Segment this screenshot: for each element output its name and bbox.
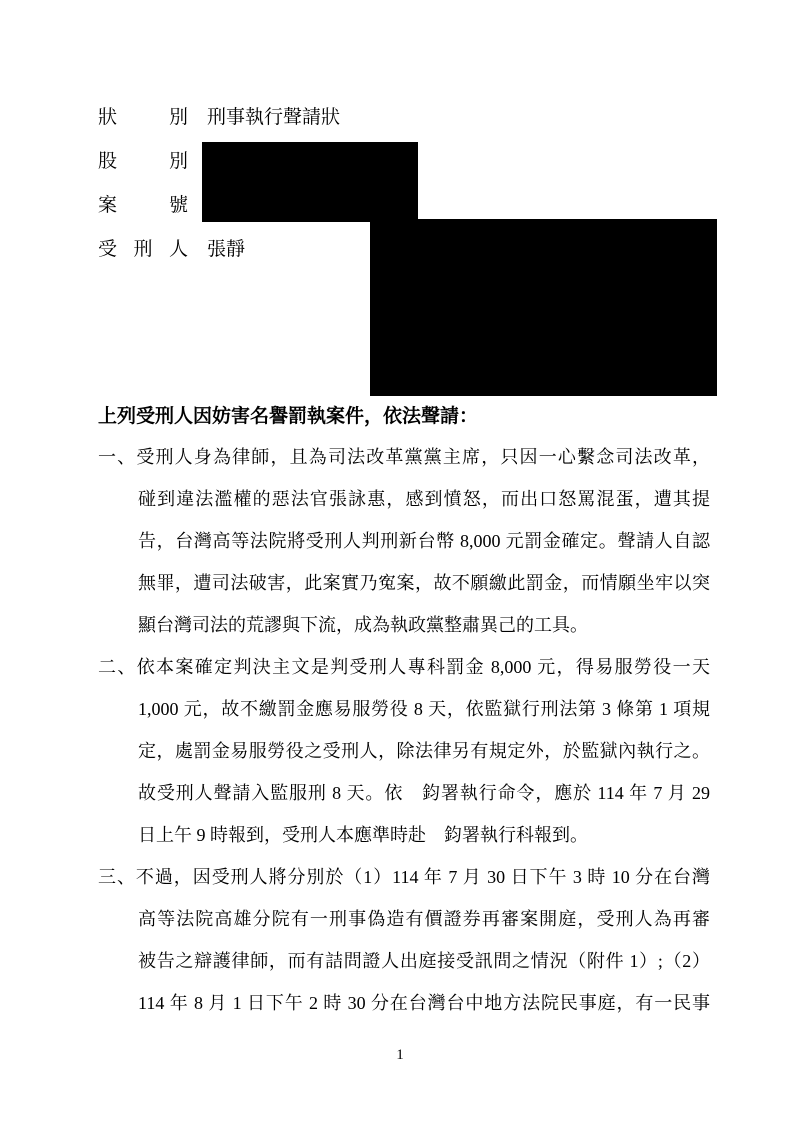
body-line: 故受刑人聲請入監服刑 8 天。依 鈞署執行命令，應於 114 年 7 月 29 bbox=[98, 772, 710, 814]
body-line: 日上午 9 時報到，受刑人本應準時赴 鈞署執行科報到。 bbox=[98, 814, 710, 856]
body-line: 告，台灣高等法院將受刑人判刑新台幣 8,000 元罰金確定。聲請人自認 bbox=[98, 520, 710, 562]
body-line: 一、受刑人身為律師，且為司法改革黨黨主席，只因一心繫念司法改革， bbox=[98, 436, 710, 478]
body-line: 顯台灣司法的荒謬與下流，成為執政黨整肅異己的工具。 bbox=[98, 604, 710, 646]
body-line: 高等法院高雄分院有一刑事偽造有價證券再審案開庭，受刑人為再審 bbox=[98, 898, 710, 940]
field-value-convict-name: 張靜 bbox=[207, 228, 245, 272]
field-label-document-type: 狀別 bbox=[98, 96, 188, 140]
body-line-text: 依本案確定判決主文是判受刑人專科罰金 8,000 元，得易服勞役一天 bbox=[137, 657, 710, 677]
body-line: 定，處罰金易服勞役之受刑人，除法律另有規定外，於監獄內執行之。 bbox=[98, 730, 710, 772]
body-line: 碰到違法濫權的惡法官張詠惠，感到憤怒，而出口怒罵混蛋，遭其提 bbox=[98, 478, 710, 520]
body-line-text: 不過，因受刑人將分別於（1）114 年 7 月 30 日下午 3 時 10 分在… bbox=[136, 867, 710, 887]
body-line-text: 受刑人身為律師，且為司法改革黨黨主席，只因一心繫念司法改革， bbox=[136, 447, 710, 467]
body-line: 1,000 元，故不繳罰金應易服勞役 8 天，依監獄行刑法第 3 條第 1 項規 bbox=[98, 688, 710, 730]
paragraph-3-number: 三、 bbox=[98, 867, 136, 887]
field-label-convict: 受刑人 bbox=[98, 228, 188, 272]
paragraph-2-number: 二、 bbox=[98, 657, 137, 677]
body-line: 二、依本案確定判決主文是判受刑人專科罰金 8,000 元，得易服勞役一天 bbox=[98, 646, 710, 688]
header-row-document-type: 狀別 刑事執行聲請狀 bbox=[98, 96, 710, 140]
body-line: 114 年 8 月 1 日下午 2 時 30 分在台灣台中地方法院民事庭，有一民… bbox=[98, 982, 710, 1024]
redaction-box-convict-details bbox=[370, 219, 717, 396]
field-label-case-number: 案號 bbox=[98, 184, 188, 228]
paragraph-3: 三、不過，因受刑人將分別於（1）114 年 7 月 30 日下午 3 時 10 … bbox=[98, 856, 710, 1024]
paragraph-1: 一、受刑人身為律師，且為司法改革黨黨主席，只因一心繫念司法改革， 碰到違法濫權的… bbox=[98, 436, 710, 646]
document-page: 狀別 刑事執行聲請狀 股別 案號 受刑人 張靜 上列受刑人因妨害名譽罰執案件，依… bbox=[0, 0, 800, 1131]
petition-body: 一、受刑人身為律師，且為司法改革黨黨主席，只因一心繫念司法改革， 碰到違法濫權的… bbox=[98, 436, 710, 1024]
paragraph-2: 二、依本案確定判決主文是判受刑人專科罰金 8,000 元，得易服勞役一天 1,0… bbox=[98, 646, 710, 856]
field-label-division: 股別 bbox=[98, 140, 188, 184]
body-line: 被告之辯護律師，而有詰問證人出庭接受訊問之情況（附件 1）;（2） bbox=[98, 940, 710, 982]
body-line: 三、不過，因受刑人將分別於（1）114 年 7 月 30 日下午 3 時 10 … bbox=[98, 856, 710, 898]
paragraph-1-number: 一、 bbox=[98, 447, 136, 467]
field-value-document-type: 刑事執行聲請狀 bbox=[207, 96, 340, 140]
redaction-box-division-case-number bbox=[202, 142, 418, 222]
page-number: 1 bbox=[0, 1046, 800, 1064]
body-line: 無罪，遭司法破害，此案實乃寃案，故不願繳此罰金，而情願坐牢以突 bbox=[98, 562, 710, 604]
petition-heading: 上列受刑人因妨害名譽罰執案件，依法聲請： bbox=[98, 404, 478, 430]
